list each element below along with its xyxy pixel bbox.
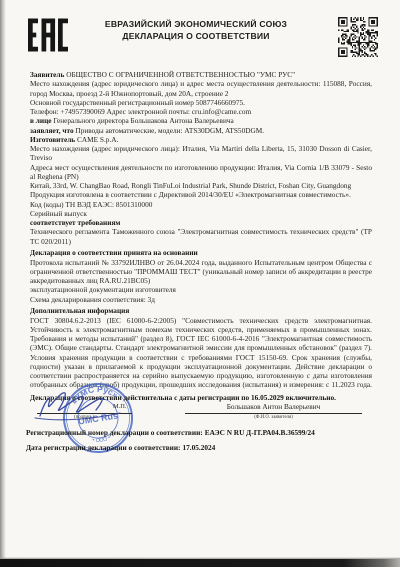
paragraph-production-site-china: Китай, 33rd, W. ChangBao Road, Rongli Ti… bbox=[30, 181, 372, 190]
section-basis: Декларация о соответствии принята на осн… bbox=[30, 248, 372, 257]
handwritten-signature bbox=[32, 388, 136, 424]
signatory-name: Большаков Антон Валерьевич bbox=[185, 402, 362, 411]
scan-edge-bottom bbox=[0, 559, 400, 567]
paragraph-applicant: Заявитель ОБЩЕСТВО С ОГРАНИЧЕННОЙ ОТВЕТС… bbox=[30, 70, 372, 79]
paragraph-production-site-italy: Адреса мест осуществления деятельности п… bbox=[30, 163, 372, 182]
paragraph-tnved-code: Код (коды) ТН ВЭД ЕАЭС: 8501310000 bbox=[30, 200, 372, 209]
registration-number-line: Регистрационный номер декларации о соотв… bbox=[26, 428, 386, 437]
registration-number-label: Регистрационный номер декларации о соотв… bbox=[26, 428, 203, 437]
paragraph-director: в лице Генерального директора Большакова… bbox=[30, 116, 372, 125]
eac-logo-icon bbox=[28, 14, 68, 56]
paragraph-operational-docs: эксплуатационной документации изготовите… bbox=[30, 285, 372, 294]
signatory-name-caption: (Ф.И.О. заявителя) bbox=[185, 415, 362, 420]
paragraph-declaration-scheme: Схема декларирования соответствия: 3д bbox=[30, 295, 372, 304]
registration-date-label: Дата регистрации декларации о соответств… bbox=[26, 443, 180, 452]
paragraph-applicant-address: Место нахождения (адрес юридического лиц… bbox=[30, 79, 372, 98]
paragraph-manufacturer: Изготовитель CAME S.p.A. bbox=[30, 135, 372, 144]
qr-code-icon bbox=[338, 17, 378, 57]
registration-date-value: 17.05.2024 bbox=[182, 443, 215, 452]
paragraph-test-protocol: Протокола испытаний № 33792ИЛНВО от 26.0… bbox=[30, 258, 372, 286]
paragraph-regulation: Технического регламента Таможенного союз… bbox=[30, 227, 372, 246]
paragraph-serial-release: Серийный выпуск bbox=[30, 209, 372, 218]
paragraph-directive: Продукция изготовлена в соответствии с Д… bbox=[30, 190, 372, 199]
paragraph-ogrn: Основной государственный регистрационный… bbox=[30, 98, 372, 107]
title-line-1: ЕВРАЗИЙСКИЙ ЭКОНОМИЧЕСКИЙ СОЮЗ bbox=[78, 18, 314, 30]
scan-edge-left bbox=[0, 0, 6, 567]
paragraph-manufacturer-address: Место нахождения (адрес юридического лиц… bbox=[30, 144, 372, 163]
registration-date-line: Дата регистрации декларации о соответств… bbox=[26, 443, 386, 452]
paragraph-product: заявляет, что Приводы автоматические, мо… bbox=[30, 126, 372, 135]
registration-number-value: ЕАЭС N RU Д-IT.РА04.В.36599/24 bbox=[205, 428, 315, 437]
document-title: ЕВРАЗИЙСКИЙ ЭКОНОМИЧЕСКИЙ СОЮЗ ДЕКЛАРАЦИ… bbox=[78, 18, 314, 42]
declaration-document: ЕВРАЗИЙСКИЙ ЭКОНОМИЧЕСКИЙ СОЮЗ ДЕКЛАРАЦИ… bbox=[0, 0, 400, 567]
section-conforms-to: соответствует требованиям bbox=[30, 218, 372, 227]
paragraph-gost-standards: ГОСТ 30804.6.2-2013 (IEC 61000-6-2:2005)… bbox=[30, 316, 372, 393]
section-additional-info: Дополнительная информация bbox=[30, 306, 372, 315]
document-body: Заявитель ОБЩЕСТВО С ОГРАНИЧЕННОЙ ОТВЕТС… bbox=[30, 70, 372, 392]
title-line-2: ДЕКЛАРАЦИЯ О СООТВЕТСТВИИ bbox=[78, 30, 314, 42]
paragraph-phone-email: Телефон: +74957390069 Адрес электронной … bbox=[30, 107, 372, 116]
signatory-name-line bbox=[185, 413, 362, 414]
